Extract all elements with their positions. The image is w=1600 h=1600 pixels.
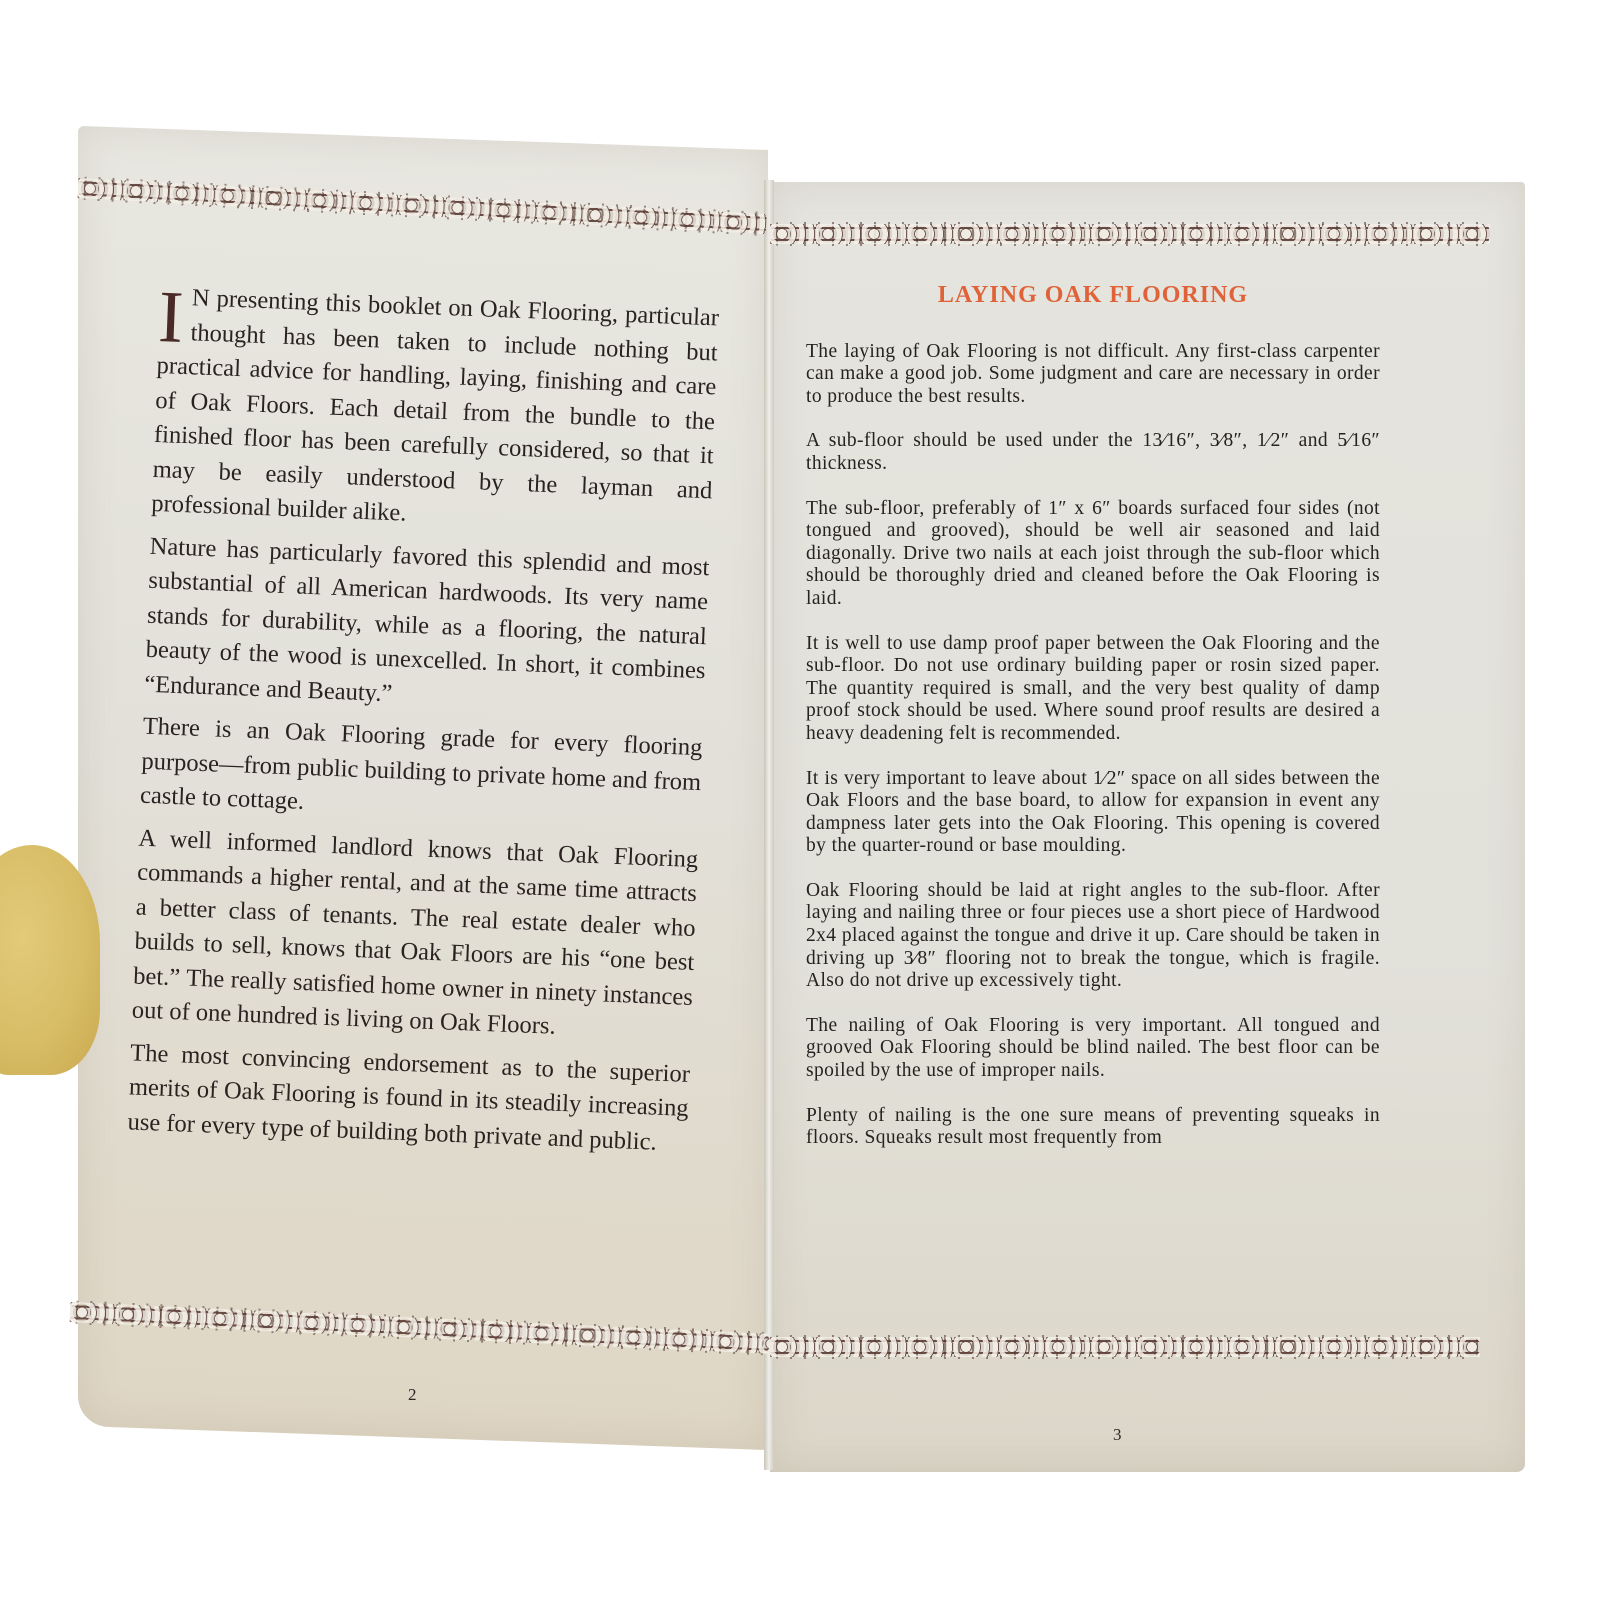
oak-leaf-border-bottom-right xyxy=(770,1335,1480,1359)
drop-cap: I xyxy=(157,286,184,349)
page-number-left: 2 xyxy=(408,1385,417,1405)
paragraph: There is an Oak Flooring grade for every… xyxy=(140,710,704,835)
oak-leaf-border-top-right xyxy=(770,222,1490,246)
paragraph: Oak Flooring should be laid at right ang… xyxy=(806,880,1380,993)
left-page-text: IN presenting this booklet on Oak Floori… xyxy=(127,280,720,1169)
paragraph: A sub-floor should be used under the 13⁄… xyxy=(806,430,1380,475)
page-number-right: 3 xyxy=(1113,1425,1122,1445)
paragraph: Nature has particularly favored this spl… xyxy=(144,529,710,723)
paragraph: The nailing of Oak Flooring is very impo… xyxy=(806,1015,1380,1083)
paragraph: The sub-floor, preferably of 1″ x 6″ boa… xyxy=(806,498,1380,611)
paragraph: A well informed landlord knows that Oak … xyxy=(131,821,699,1049)
intro-paragraph: IN presenting this booklet on Oak Floori… xyxy=(151,280,720,543)
paragraph: Plenty of nailing is the one sure means … xyxy=(806,1105,1380,1150)
section-heading: LAYING OAK FLOORING xyxy=(806,284,1380,307)
paragraph: The most convincing endorsement as to th… xyxy=(127,1036,691,1161)
booklet-spine xyxy=(764,180,774,1470)
right-page-text: LAYING OAK FLOORING The laying of Oak Fl… xyxy=(806,284,1380,1172)
paragraph: It is very important to leave about 1⁄2″… xyxy=(806,768,1380,858)
paragraph: It is well to use damp proof paper betwe… xyxy=(806,633,1380,746)
paragraph: The laying of Oak Flooring is not diffic… xyxy=(806,341,1380,409)
